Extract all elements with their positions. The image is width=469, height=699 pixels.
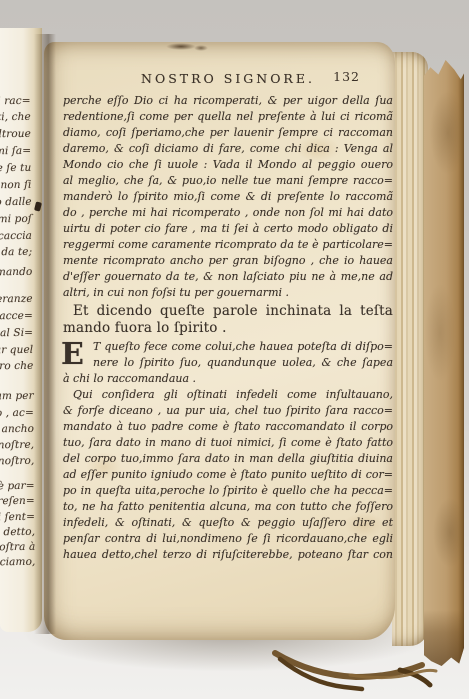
left-page-fragment: che è par= [0, 480, 35, 493]
fore-edge-pages [392, 52, 428, 646]
text-line: daremo, & coſi diciamo di fare, come chi… [63, 141, 393, 157]
left-page-fragment: mi rac= [0, 95, 31, 107]
left-page-fragment: Dio , ac= [0, 407, 34, 420]
paragraph: Et dicendo queſte parole inchinata la te… [63, 303, 393, 337]
left-page-fragment: e noſtre, [0, 439, 34, 451]
text-line: mente ricomprato ancho per gran biſogno … [63, 253, 393, 269]
gutter-crease [34, 34, 56, 634]
recto-page: NOSTRO SIGNORE. 132 perche eſſo Dio ci h… [44, 42, 395, 640]
left-page-fragment: ltroue [0, 128, 31, 140]
left-page-fragment: ſcaccia [0, 230, 32, 242]
left-page-fragment: noſtro che [0, 360, 33, 373]
left-page-fragment: iam detto, [0, 526, 35, 539]
left-page-text-column: mi rac=ti, cheltrouemi ſa=e ſe tunon ſio… [0, 28, 36, 632]
left-page-fragment: d preſen= [0, 495, 35, 508]
text-line: infedeli, & oſtinati, & queſto & peggio … [63, 515, 393, 531]
left-page-fragment: ta noſtro, [0, 455, 34, 468]
left-page-fragment: o diciamo, [0, 556, 35, 569]
left-page-fragment: ti, che [0, 111, 31, 123]
text-line: manderò lo ſpirito mio,ſi come & di preſ… [63, 189, 393, 205]
book-photo: mi rac=ti, cheltrouemi ſa=e ſe tunon ſio… [0, 0, 469, 699]
paragraph: ET queſto fece come colui,che hauea pote… [63, 339, 393, 387]
text-line: nere lo ſpirito ſuo, quandunque uolea, &… [93, 355, 393, 371]
left-page-fragment: & ancho [0, 423, 34, 435]
left-page-fragment: la noſtra à [0, 541, 35, 554]
left-page-fragment: o dalle [0, 196, 32, 208]
left-page-fragment: non ſi [0, 179, 31, 191]
text-line: tuo, ſara dato in mano di tuoi nimici, ſ… [63, 435, 393, 451]
text-line: to, ne ha fatto penitentia alcuna, ma co… [63, 499, 393, 515]
paragraph: perche eſſo Dio ci ha ricomperati, & per… [63, 93, 393, 301]
text-line: uirtu di poter cio fare , ma ti ſei à ce… [63, 221, 393, 237]
text-line: T queſto fece come colui,che hauea poteſ… [93, 339, 393, 355]
text-line: diamo, coſi ſperiamo,che per lauenir ſem… [63, 125, 393, 141]
left-page-fragment: mi poſ [0, 213, 32, 225]
edge-stain [194, 45, 208, 51]
vellum-cover [424, 60, 464, 666]
text-line: del corpo tuo,immo ſara dato in man dell… [63, 451, 393, 467]
text-line: & forſe diceano , ua pur uia, chel tuo ſ… [63, 403, 393, 419]
drop-cap: E [61, 340, 84, 370]
left-page-fragment: da te; [1, 246, 32, 258]
left-page-fragment: far quel [0, 344, 33, 356]
text-line: altri, in cui non foſsi tu per gouernarm… [63, 285, 393, 301]
text-line: mandato à tuo padre come è ſtato raccoma… [63, 419, 393, 435]
text-line: ad eſſer punito igniudo come è ſtato pun… [63, 467, 393, 483]
page-header: NOSTRO SIGNORE. 132 [63, 68, 393, 88]
text-line: d'eſſer gouernato da te, & non laſciato … [63, 269, 393, 285]
text-line: do , perche mi hai ricomperato , onde no… [63, 205, 393, 221]
left-page-fragment: e ſe tu [0, 162, 31, 174]
text-line: perche eſſo Dio ci ha ricomperati, & per… [63, 93, 393, 109]
running-header: NOSTRO SIGNORE. [141, 71, 315, 86]
page-content: NOSTRO SIGNORE. 132 perche eſſo Dio ci h… [63, 68, 393, 563]
left-page-fragment: ro al Si= [0, 327, 33, 340]
left-page-fragment: mando [0, 266, 32, 278]
text-line: al meglio, che ſa, & puo,io nelle tue ma… [63, 173, 393, 189]
paragraph: Qui conſidera gli oſtinati infedeli come… [63, 387, 393, 563]
text-block: perche eſſo Dio ci ha ricomperati, & per… [63, 93, 393, 563]
text-line: hauea detto,chel terzo di riſuſciterebbe… [63, 547, 393, 563]
left-page-fragment: eranze [0, 293, 33, 305]
left-page-fragment: in acce= [0, 310, 33, 322]
left-page-fragment: oſi ſent= [0, 511, 35, 523]
text-line: Qui conſidera gli oſtinati infedeli come… [63, 387, 393, 403]
left-page-fragment: mi ſa= [0, 145, 31, 157]
page-number: 132 [333, 69, 360, 84]
text-line: penſar contra di lui,nondimeno ſe ſi ric… [63, 531, 393, 547]
text-line: Mondo cio che ſi uuole : Vada il Mondo a… [63, 157, 393, 173]
text-line: à chi lo raccomandaua . [63, 371, 393, 387]
text-line: mando fuora lo ſpirito . [63, 320, 393, 337]
text-line: po in queſta uita,peroche lo ſpirito è q… [63, 483, 393, 499]
text-line: Et dicendo queſte parole inchinata la te… [63, 303, 393, 320]
text-line: redentione,ſi come per quella nel preſen… [63, 109, 393, 125]
text-line: reggermi come caramente ricomprato da te… [63, 237, 393, 253]
edge-stain [166, 43, 196, 50]
left-page-fragment: ſiam per [0, 390, 34, 402]
